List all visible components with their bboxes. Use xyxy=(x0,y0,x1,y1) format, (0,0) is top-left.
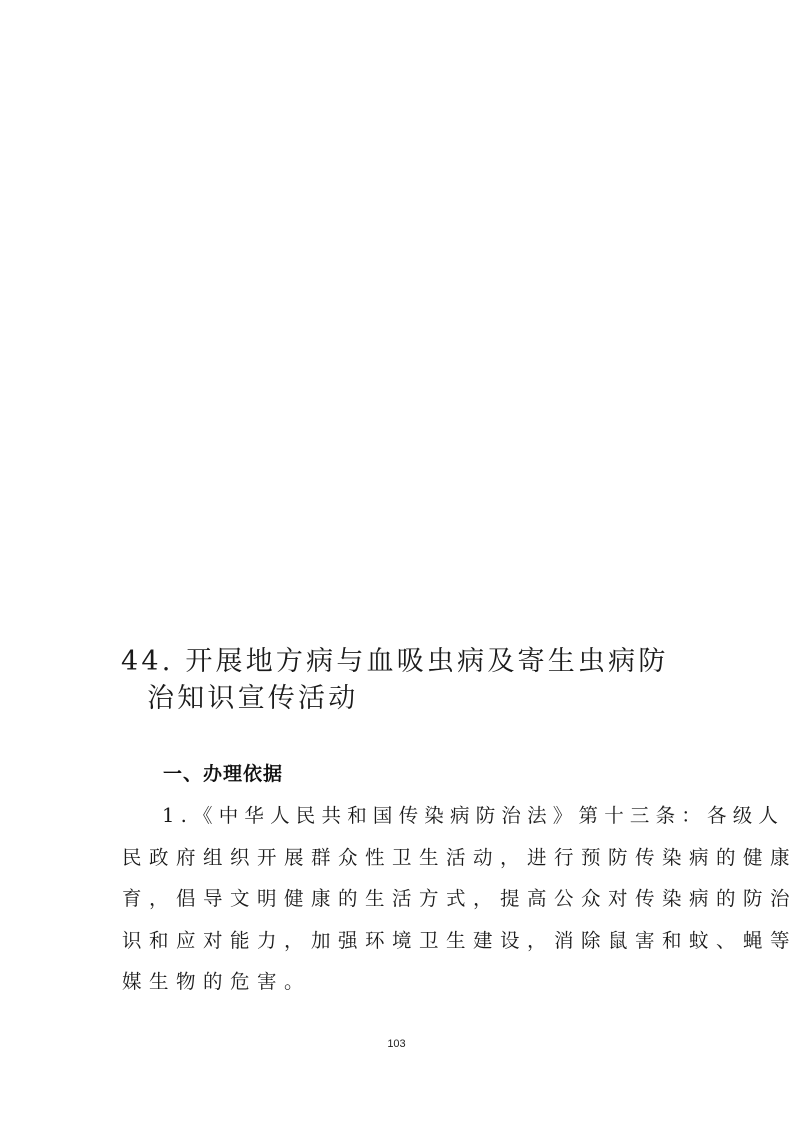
body-paragraph: 1.《中华人民共和国传染病防治法》第十三条：各级人 民政府组织开展群众性卫生活动… xyxy=(122,795,674,1003)
page-title: 44. 开展地方病与血吸虫病及寄生虫病防 治知识宣传活动 xyxy=(121,643,681,717)
body-line-3: 育，倡导文明健康的生活方式，提高公众对传染病的防治意 xyxy=(122,878,674,920)
title-line-2: 治知识宣传活动 xyxy=(121,680,681,717)
document-page: 44. 开展地方病与血吸虫病及寄生虫病防 治知识宣传活动 一、办理依据 1.《中… xyxy=(0,0,793,1122)
section-heading: 一、办理依据 xyxy=(163,761,283,787)
body-line-1: 1.《中华人民共和国传染病防治法》第十三条：各级人 xyxy=(122,795,674,837)
body-line-4: 识和应对能力，加强环境卫生建设，消除鼠害和蚊、蝇等病 xyxy=(122,920,674,962)
title-line-1: 44. 开展地方病与血吸虫病及寄生虫病防 xyxy=(121,643,681,680)
body-line-2: 民政府组织开展群众性卫生活动，进行预防传染病的健康教 xyxy=(122,837,674,879)
body-line-5: 媒生物的危害。 xyxy=(122,961,674,1003)
page-number: 103 xyxy=(0,1038,793,1050)
